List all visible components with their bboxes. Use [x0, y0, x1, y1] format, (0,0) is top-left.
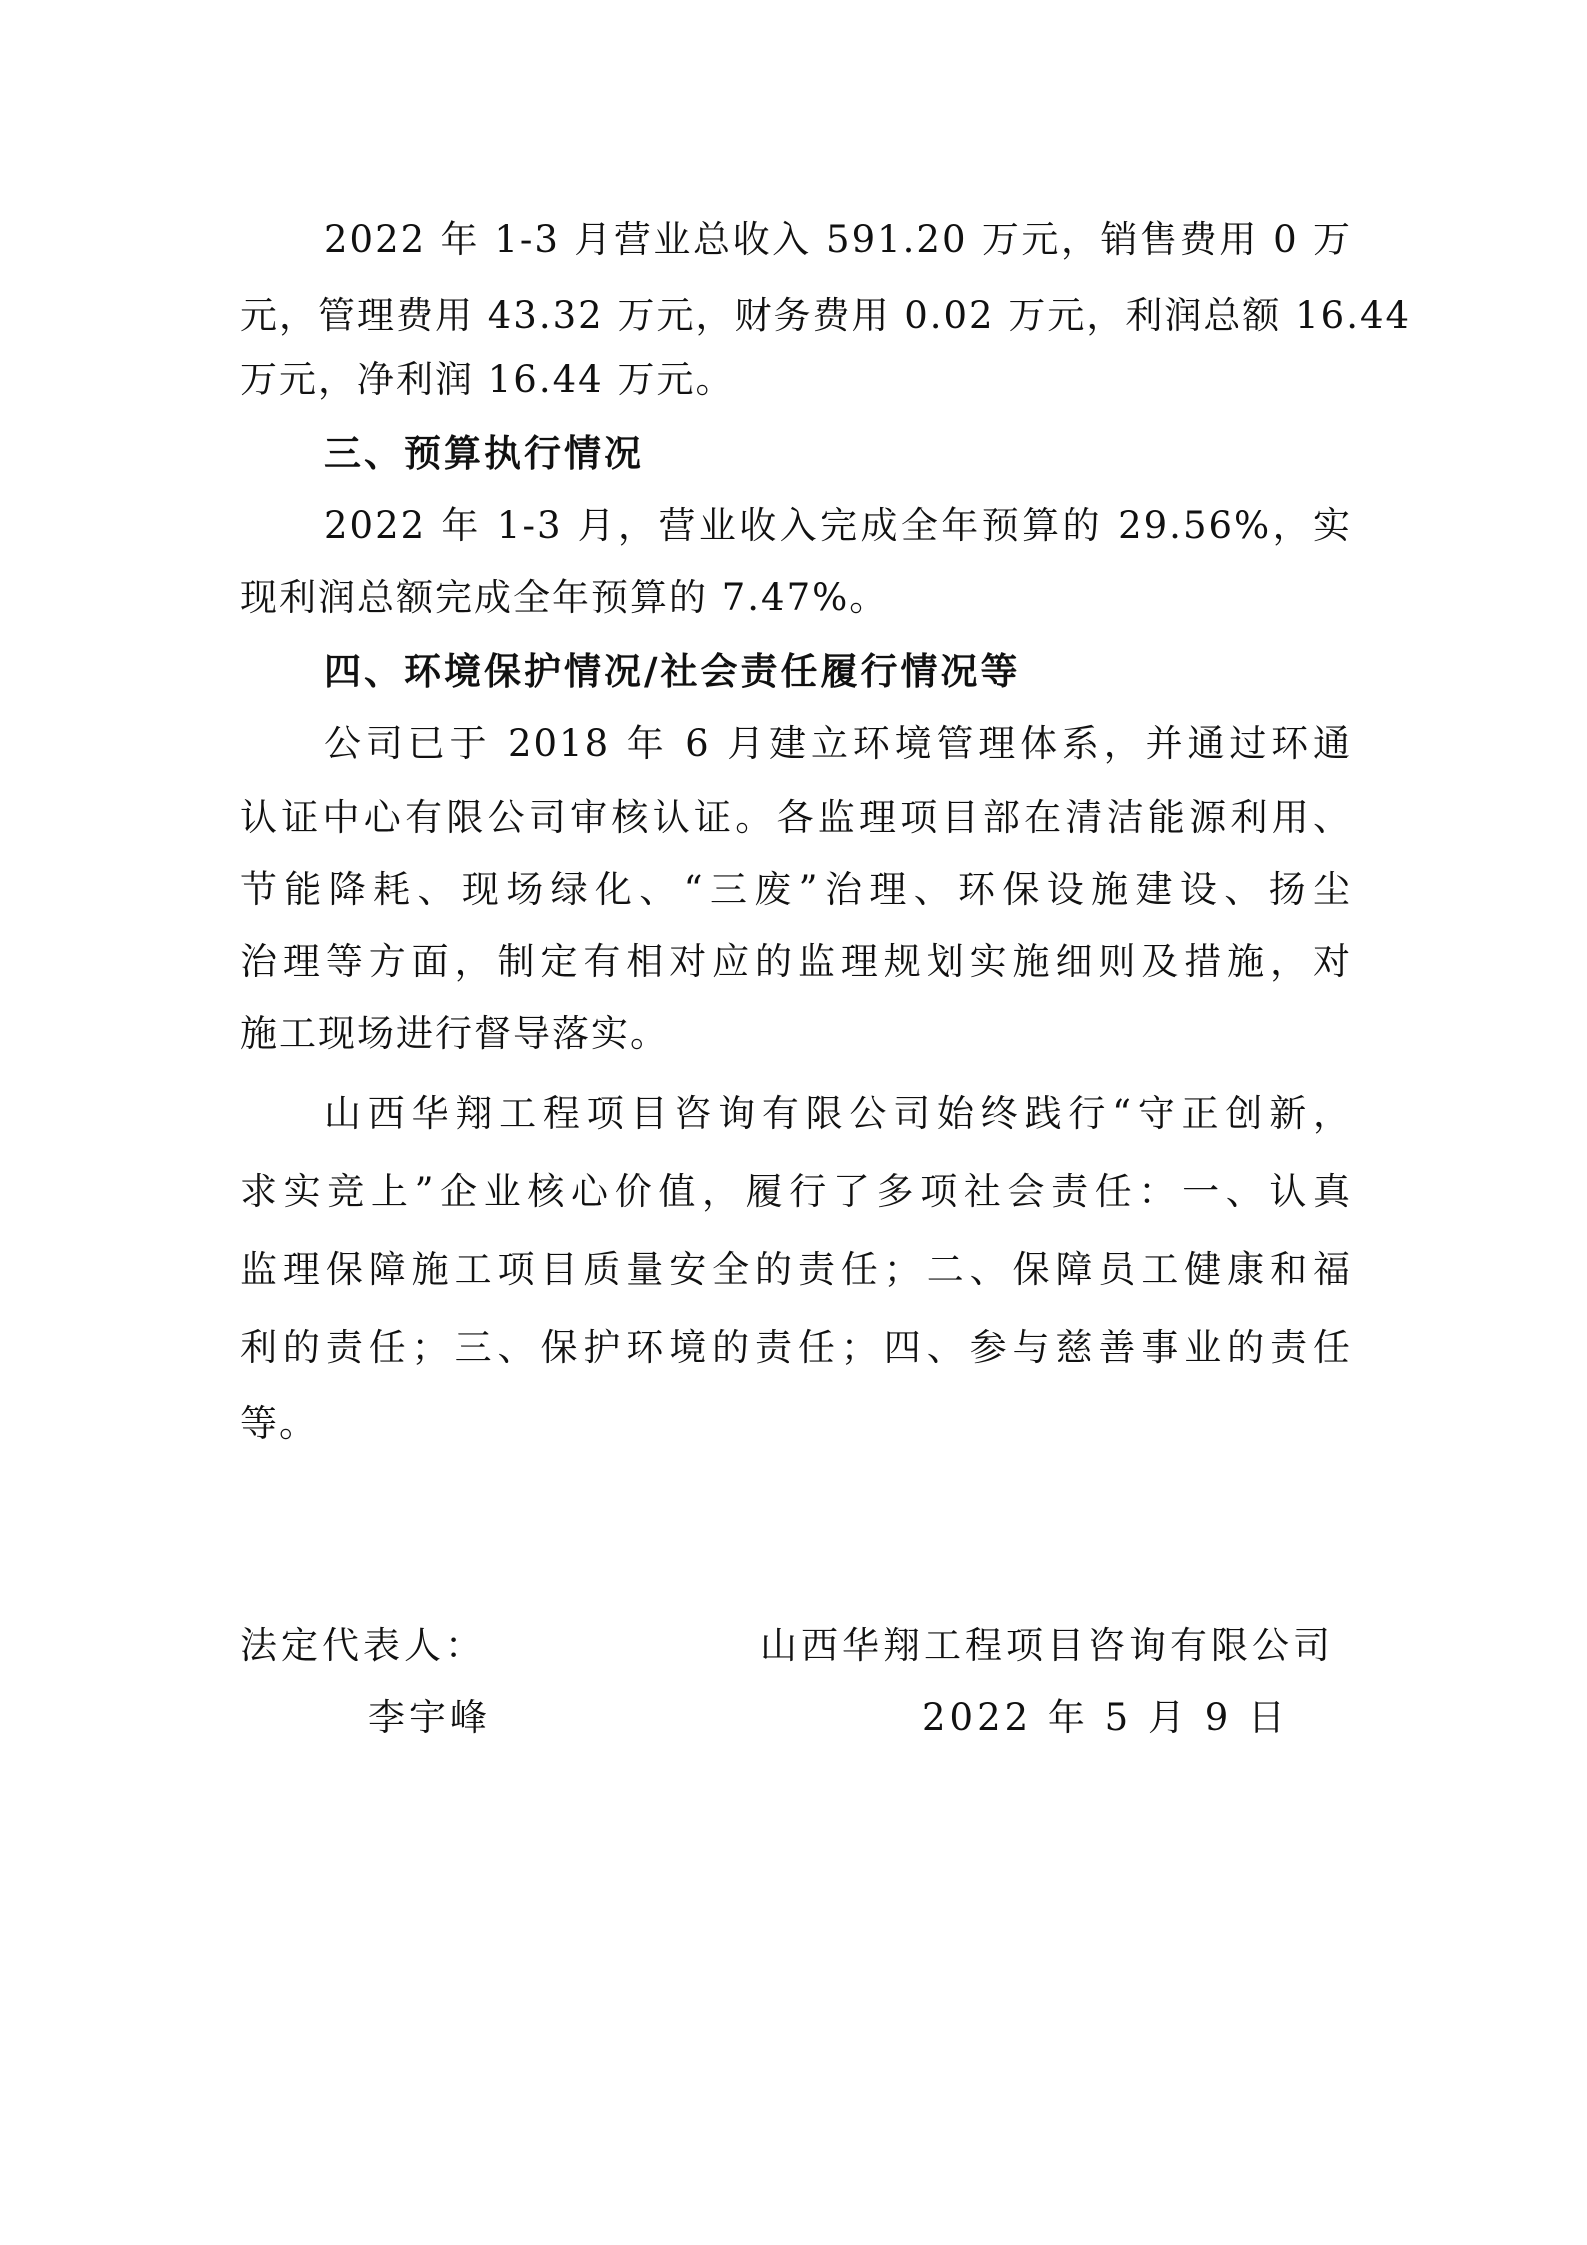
text-line: 元，管理费用 43.32 万元，财务费用 0.02 万元，利润总额 16.44	[240, 294, 1352, 338]
text-line: 求实竞上”企业核心价值，履行了多项社会责任：一、认真	[240, 1170, 1352, 1214]
signature-date: 2022 年 5 月 9 日	[922, 1696, 1289, 1740]
legal-representative-name: 李宇峰	[368, 1696, 491, 1740]
text-line: 施工现场进行督导落实。	[240, 1012, 1352, 1056]
legal-representative-label: 法定代表人：	[240, 1624, 486, 1668]
text-line: 山西华翔工程项目咨询有限公司始终践行“守正创新，	[240, 1092, 1352, 1136]
text-line: 2022 年 1-3 月，营业收入完成全年预算的 29.56%，实	[240, 504, 1352, 548]
section-heading-budget: 三、预算执行情况	[240, 432, 1352, 476]
text-line: 公司已于 2018 年 6 月建立环境管理体系，并通过环通	[240, 722, 1352, 766]
text-line: 利的责任；三、保护环境的责任；四、参与慈善事业的责任	[240, 1326, 1352, 1370]
text-line: 现利润总额完成全年预算的 7.47%。	[240, 576, 1352, 620]
company-name: 山西华翔工程项目咨询有限公司	[760, 1624, 1334, 1668]
text-line: 万元，净利润 16.44 万元。	[240, 358, 1352, 402]
section-heading-environment: 四、环境保护情况/社会责任履行情况等	[240, 650, 1352, 694]
text-line: 认证中心有限公司审核认证。各监理项目部在清洁能源利用、	[240, 796, 1352, 840]
text-line: 节能降耗、现场绿化、“三废”治理、环保设施建设、扬尘	[240, 868, 1352, 912]
text-line: 治理等方面，制定有相对应的监理规划实施细则及措施，对	[240, 940, 1352, 984]
text-line: 监理保障施工项目质量安全的责任；二、保障员工健康和福	[240, 1248, 1352, 1292]
text-line: 2022 年 1-3 月营业总收入 591.20 万元，销售费用 0 万	[240, 218, 1352, 262]
text-line: 等。	[240, 1402, 1352, 1446]
